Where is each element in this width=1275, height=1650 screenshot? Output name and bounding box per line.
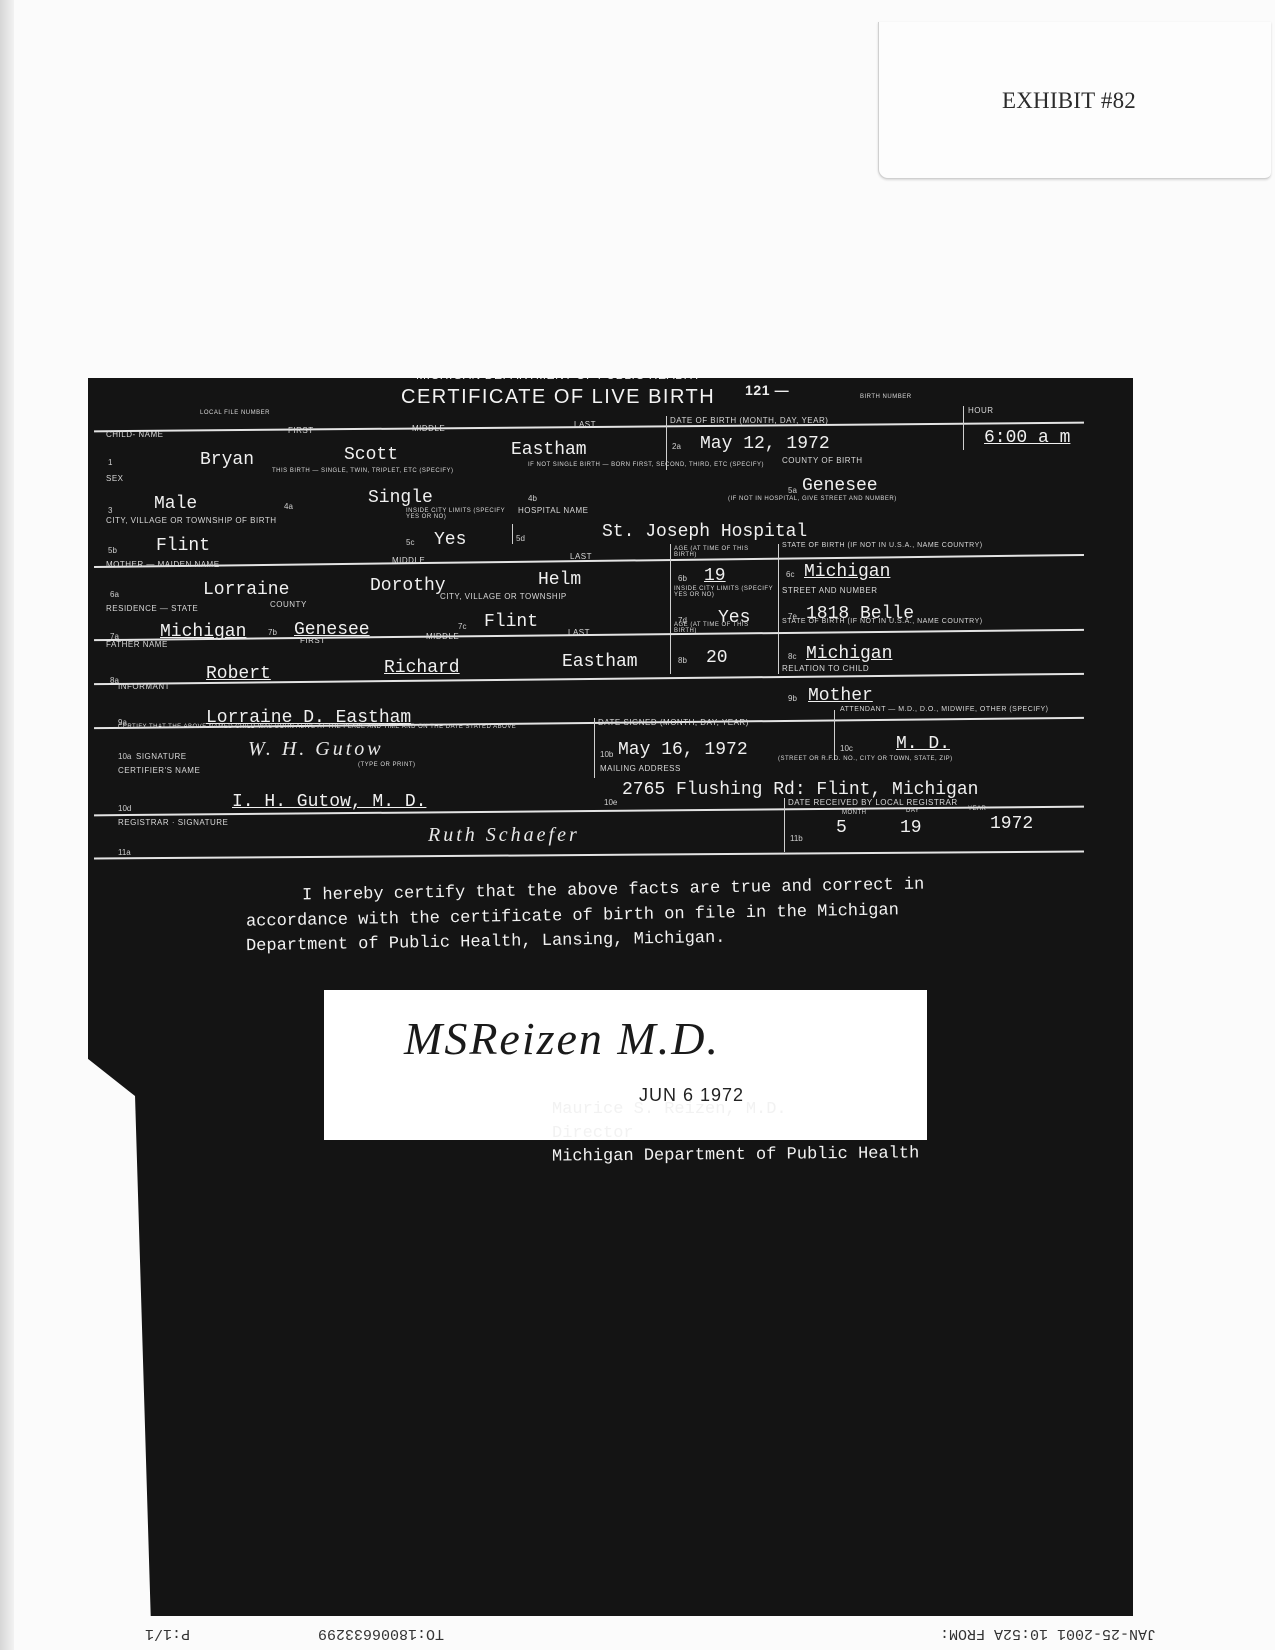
certifier-signature: W. H. Gutow [248, 738, 384, 761]
hospital-name-label: HOSPITAL NAME [518, 506, 589, 515]
father-last-name: Eastham [562, 652, 638, 672]
mother-state-of-birth-label: STATE OF BIRTH (IF NOT IN U.S.A., NAME C… [782, 542, 983, 549]
director-title: Director [552, 1122, 634, 1146]
field-number: 10b [600, 750, 613, 759]
fax-recipient: TO:18006633299 [318, 1622, 444, 1642]
field-number: 5d [516, 534, 525, 543]
county-of-birth: Genesee [802, 476, 878, 496]
child-date-of-birth: May 12, 1972 [700, 434, 830, 454]
day-label: DAY [906, 808, 919, 814]
child-plurality: Single [368, 488, 433, 508]
received-day: 19 [900, 818, 922, 838]
scan-edge [0, 0, 14, 1650]
attendant-type: M. D. [896, 734, 950, 754]
received-month: 5 [836, 818, 847, 838]
last-label: LAST [570, 552, 592, 561]
first-label: FIRST [300, 636, 326, 645]
certificate-number: 121 — [745, 382, 789, 398]
field-number: 4a [284, 502, 293, 511]
city-village-township-label: CITY, VILLAGE OR TOWNSHIP [440, 592, 567, 601]
field-number: 4b [528, 494, 537, 503]
middle-label: MIDDLE [426, 632, 459, 641]
mother-last-name: Helm [538, 570, 581, 590]
year-label: YEAR [968, 806, 986, 812]
informant-label: INFORMANT [118, 682, 170, 691]
county-label: COUNTY [270, 600, 307, 609]
certificate-title: CERTIFICATE OF LIVE BIRTH [401, 386, 715, 409]
child-name-label: CHILD- NAME [106, 430, 164, 439]
field-number: 6b [678, 574, 687, 583]
child-first-name: Bryan [200, 450, 254, 470]
city-of-birth: Flint [156, 536, 210, 556]
field-number: 10c [840, 744, 853, 753]
mailing-address: 2765 Flushing Rd: Flint, Michigan [622, 780, 978, 800]
field-number: 10d [118, 804, 131, 813]
date-of-birth-label: DATE OF BIRTH (MONTH, DAY, YEAR) [670, 416, 828, 425]
field-number: 10a [118, 752, 131, 761]
last-label: LAST [574, 420, 596, 429]
county-of-birth-label: COUNTY OF BIRTH [782, 456, 863, 465]
street-rfd-label: (STREET OR R.F.D. NO., CITY OR TOWN, STA… [778, 756, 953, 762]
mother-first-name: Lorraine [203, 580, 289, 600]
middle-label: MIDDLE [412, 424, 445, 433]
informant-relation: Mother [808, 686, 873, 706]
if-not-single-label: IF NOT SINGLE BIRTH — BORN FIRST, SECOND… [528, 462, 768, 468]
date-signed: May 16, 1972 [618, 740, 748, 760]
child-middle-name: Scott [344, 445, 398, 465]
fax-sent-timestamp: JAN-25-2001 10:52A FROM: [940, 1622, 1156, 1642]
residence-state-label: RESIDENCE — STATE [106, 604, 198, 613]
sex-label: SEX [106, 474, 124, 483]
field-number: 5a [788, 486, 797, 495]
registrar-signature: Ruth Schaefer [428, 824, 580, 847]
age-mother-label: AGE (AT TIME OF THIS BIRTH) [674, 546, 764, 558]
field-number: 5b [108, 546, 117, 555]
field-number: 8b [678, 656, 687, 665]
birth-certificate: MICHIGAN DEPARTMENT OF PUBLIC HEALTH CER… [88, 378, 1133, 1616]
director-name: Maurice S. Reizen, M.D. [552, 1098, 787, 1122]
mother-age: 19 [704, 566, 726, 586]
city-of-birth-label: CITY, VILLAGE OR TOWNSHIP OF BIRTH [106, 516, 277, 525]
street-and-number-label: STREET AND NUMBER [782, 586, 877, 595]
date-signed-label: DATE SIGNED (MONTH, DAY, YEAR) [598, 718, 749, 727]
certify-statement-label: CERTIFY THAT THE ABOVE NAMED CHILD WAS B… [118, 724, 516, 730]
inside-city-limits-label: INSIDE CITY LIMITS (SPECIFY YES OR NO) [406, 508, 516, 520]
field-number: 7c [458, 622, 466, 631]
attendant-label: ATTENDANT — M.D., D.O., MIDWIFE, OTHER (… [840, 706, 1080, 713]
month-label: MONTH [842, 810, 867, 816]
field-number: 1 [108, 458, 112, 467]
local-file-number-label: LOCAL FILE NUMBER [200, 410, 270, 416]
child-last-name: Eastham [511, 440, 587, 460]
mother-state-of-birth: Michigan [804, 562, 890, 582]
residence-city: Flint [484, 612, 538, 632]
field-number: 6c [786, 570, 794, 579]
signature-label: SIGNATURE [136, 752, 187, 761]
field-number: 3 [108, 506, 112, 515]
director-signature: MSReizen M.D. [404, 1012, 720, 1065]
field-number: 2a [672, 442, 681, 451]
field-number: 10e [604, 798, 617, 807]
fax-page-count: P:1/1 [145, 1622, 190, 1642]
field-number: 11b [790, 834, 803, 843]
middle-label: MIDDLE [392, 556, 425, 565]
this-birth-label: THIS BIRTH — SINGLE, TWIN, TRIPLET, ETC … [272, 468, 454, 474]
father-state-of-birth-label: STATE OF BIRTH (IF NOT IN U.S.A., NAME C… [782, 618, 983, 625]
mother-middle-name: Dorothy [370, 576, 446, 596]
certifier-name: I. H. Gutow, M. D. [232, 792, 426, 812]
mailing-address-label: MAILING ADDRESS [600, 764, 681, 773]
inside-city-limits: Yes [434, 530, 466, 550]
relation-to-child-label: RELATION TO CHILD [782, 664, 869, 673]
field-number: 11a [118, 848, 131, 857]
father-state-of-birth: Michigan [806, 644, 892, 664]
mother-maiden-name-label: MOTHER — MAIDEN NAME [106, 560, 220, 569]
age-father-label: AGE (AT TIME OF THIS BIRTH) [674, 622, 764, 634]
field-number: 7b [268, 628, 277, 637]
first-label: FIRST [288, 426, 314, 435]
hospital-name: St. Joseph Hospital [602, 522, 807, 542]
field-number: 8c [788, 652, 796, 661]
child-hour-of-birth: 6:00 a m [984, 428, 1070, 448]
type-or-print-label: (TYPE OR PRINT) [358, 762, 416, 768]
father-middle-name: Richard [384, 658, 460, 678]
field-number: 9b [788, 694, 797, 703]
birth-number-label: BIRTH NUMBER [860, 394, 912, 400]
father-age: 20 [706, 648, 728, 668]
registrar-signature-label: REGISTRAR · SIGNATURE [118, 818, 228, 827]
father-name-label: FATHER NAME [106, 640, 168, 649]
field-number: 6a [110, 590, 119, 599]
agency-name: MICHIGAN DEPARTMENT OF PUBLIC HEALTH [416, 368, 699, 382]
director-organization: Michigan Department of Public Health [552, 1142, 919, 1169]
exhibit-label: EXHIBIT #82 [1002, 88, 1136, 114]
hour-label: HOUR [968, 406, 994, 415]
field-number: 5c [406, 538, 414, 547]
child-sex: Male [154, 494, 197, 514]
inside-city-limits-2-label: INSIDE CITY LIMITS (SPECIFY YES OR NO) [674, 586, 774, 598]
if-not-hospital-label: (IF NOT IN HOSPITAL, GIVE STREET AND NUM… [728, 496, 897, 502]
date-received-label: DATE RECEIVED BY LOCAL REGISTRAR [788, 798, 958, 807]
received-year: 1972 [990, 814, 1033, 834]
certifier-name-label: CERTIFIER'S NAME [118, 766, 200, 775]
last-label: LAST [568, 628, 590, 637]
